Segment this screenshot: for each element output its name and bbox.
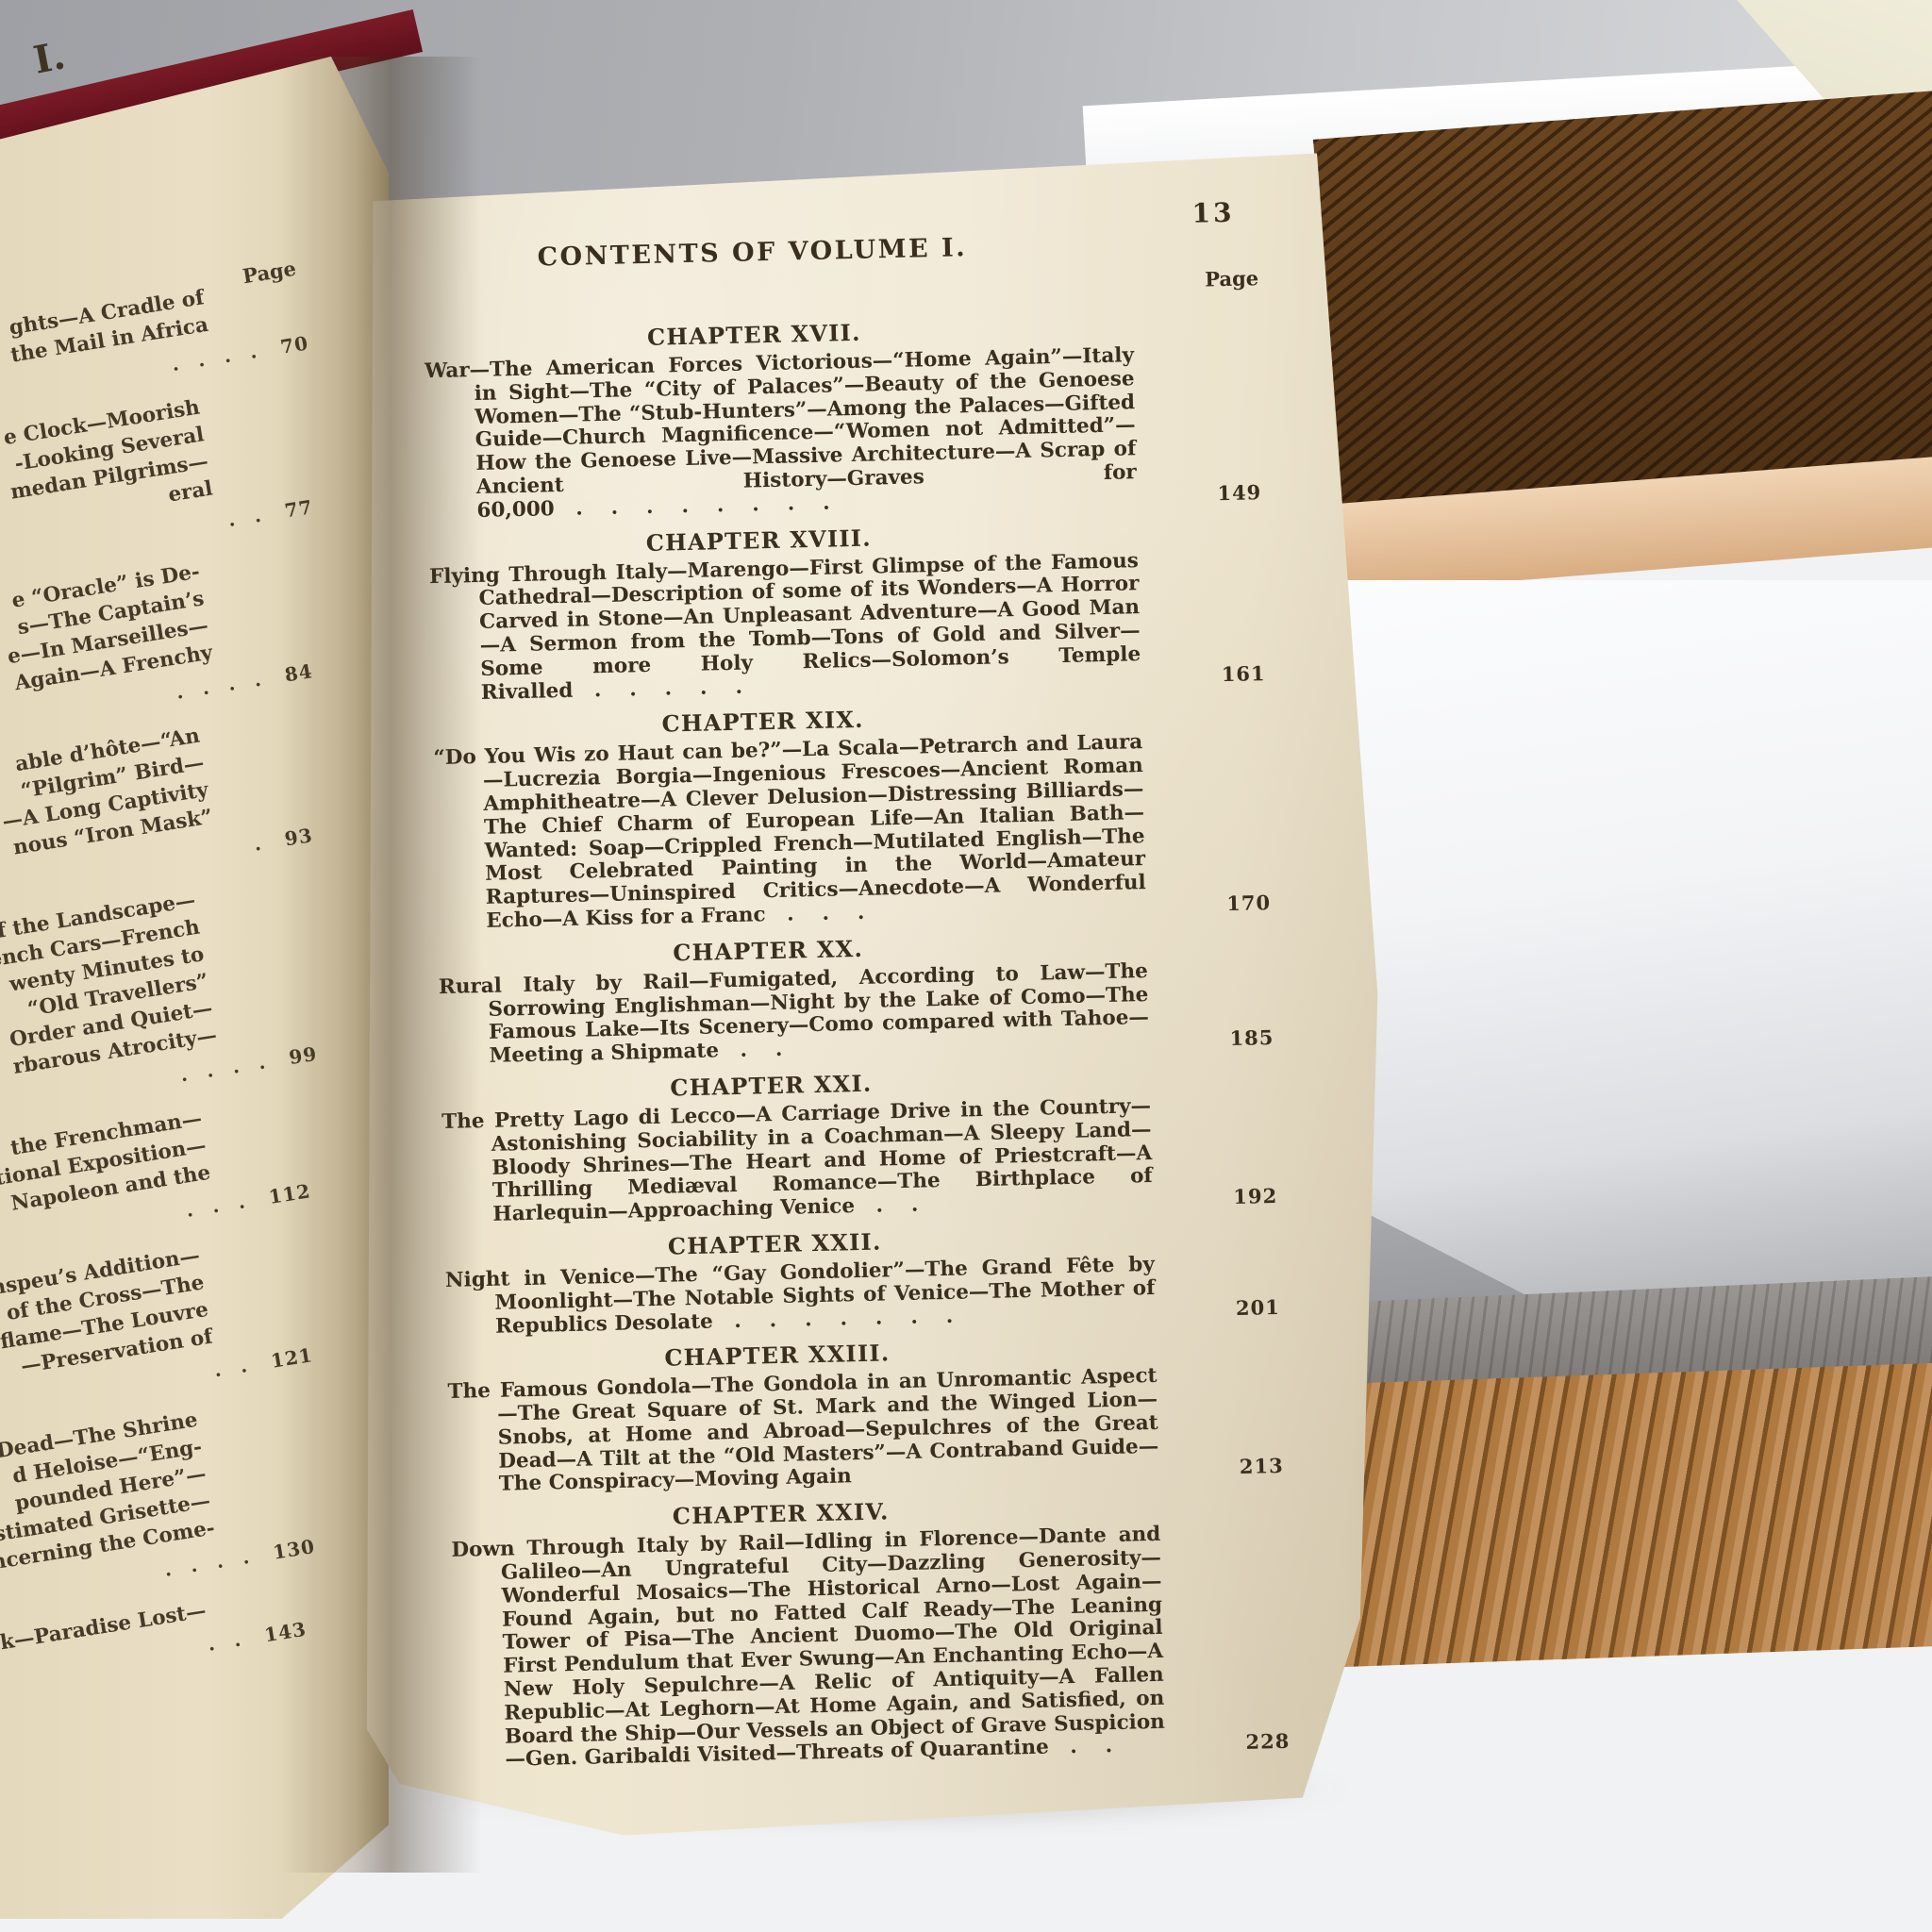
toc-chapter: CHAPTER XX.Rural Italy by Rail—Fumigated… xyxy=(438,925,1278,1070)
left-entry-page-number: 99 xyxy=(288,1042,319,1069)
dot-leader: . . . . xyxy=(175,668,262,704)
dot-leader: . . . . xyxy=(170,340,258,375)
chapter-body: Down Through Italy by Rail—Idling in Flo… xyxy=(451,1524,1165,1774)
left-page-toc: Page ghts—A Cradle ofthe Mail in Africa.… xyxy=(0,304,302,1699)
toc-chapter: CHAPTER XVIII.Flying Through Italy—Maren… xyxy=(428,515,1270,707)
dot-leader: . xyxy=(253,832,263,856)
left-entry-page-number: 143 xyxy=(263,1618,308,1647)
toc-chapter: CHAPTER XXIII.The Famous Gondola—The Gon… xyxy=(447,1330,1288,1498)
page-column-label: Page xyxy=(1205,266,1258,291)
chapter-page-number: 185 xyxy=(1229,1025,1274,1050)
left-entry-page-number: 77 xyxy=(283,495,314,522)
chapter-page-number: 161 xyxy=(1221,661,1265,686)
chapter-list: CHAPTER XVII.War—The American Forces Vic… xyxy=(424,309,1294,1774)
chapter-page-number: 228 xyxy=(1245,1729,1290,1754)
dot-leader: . . xyxy=(226,504,262,531)
folio-number: 13 xyxy=(1191,197,1235,229)
left-toc-entry: the Frenchman—tional Exposition—Napoleon… xyxy=(0,1091,306,1241)
left-toc-entry: k—Paradise Lost—. .143 xyxy=(0,1582,301,1678)
chapter-page-number: 213 xyxy=(1240,1454,1284,1478)
left-entry-line-fragment: k—Paradise Lost— xyxy=(0,1597,208,1679)
left-entry-page-number: 121 xyxy=(269,1343,314,1373)
left-toc-entry: able d’hôte—“An“Pilgrim” Bird——A Long Ca… xyxy=(0,708,308,885)
chapter-page-number: 192 xyxy=(1233,1184,1277,1208)
toc-chapter: CHAPTER XXIV.Down Through Italy by Rail—… xyxy=(450,1489,1293,1774)
tan-ribbed-wood xyxy=(1311,1362,1932,1668)
contents-page: CONTENTS OF VOLUME I. 13 Page CHAPTER XV… xyxy=(421,191,1294,1780)
chapter-page-number: 170 xyxy=(1226,891,1271,915)
dot-leader: . . xyxy=(212,1354,248,1381)
left-toc-entry: e Clock—Moorish-Looking Severalmedan Pil… xyxy=(0,379,308,557)
left-entry-page-number: 112 xyxy=(267,1179,312,1208)
dot-leader: . . . xyxy=(185,1190,247,1222)
chapter-body: War—The American Forces Victorious—“Home… xyxy=(425,344,1138,525)
left-entry-tail: . .143 xyxy=(206,1616,308,1658)
left-entry-tail: . .77 xyxy=(226,493,315,534)
left-entry-page-number: 93 xyxy=(283,824,314,850)
left-toc-entry: f the Landscape—ench Cars—Frenchwenty Mi… xyxy=(0,872,312,1103)
chapter-body: Rural Italy by Rail—Fumigated, According… xyxy=(439,960,1150,1070)
dark-wood-beam xyxy=(1313,90,1932,524)
dot-leader: . . . . xyxy=(179,1050,267,1086)
left-entry-page-number: 84 xyxy=(283,659,314,686)
chapter-body: The Famous Gondola—The Gondola in an Unr… xyxy=(447,1365,1159,1498)
left-entry-page-number: 70 xyxy=(279,331,310,358)
chapter-body: Night in Venice—The “Gay Gondolier”—The … xyxy=(445,1254,1156,1340)
left-toc-entry: Dead—The Shrined Heloise—“Eng-pounded He… xyxy=(0,1391,309,1596)
left-entry-page-number: 130 xyxy=(272,1535,317,1564)
left-toc-entry: e “Oracle” is De-s—The Captain’se—In Mar… xyxy=(0,543,308,721)
left-toc-entry: nspeu’s Addition—of the Cross—Theflame—T… xyxy=(0,1227,308,1405)
left-entry-tail: . .121 xyxy=(212,1341,315,1384)
dot-leader: . . . . xyxy=(163,1545,251,1581)
contents-header: CONTENTS OF VOLUME I. 13 Page xyxy=(421,191,1260,319)
chapter-body: The Pretty Lago di Lecco—A Carriage Driv… xyxy=(441,1095,1154,1228)
toc-chapter: CHAPTER XIX.“Do You Wis zo Haut can be?”… xyxy=(432,696,1274,934)
toc-chapter: CHAPTER XVII.War—The American Forces Vic… xyxy=(424,309,1265,525)
chapter-body: “Do You Wis zo Haut can be?”—La Scala—Pe… xyxy=(433,731,1146,934)
dot-leader: . . xyxy=(206,1628,241,1656)
chapter-page-number: 201 xyxy=(1236,1295,1280,1320)
toc-chapter: CHAPTER XXII.Night in Venice—The “Gay Go… xyxy=(444,1219,1284,1341)
chapter-page-number: 149 xyxy=(1217,480,1261,505)
chapter-body: Flying Through Italy—Marengo—First Glimp… xyxy=(429,550,1141,707)
page-title: CONTENTS OF VOLUME I. xyxy=(421,194,1082,275)
toc-chapter: CHAPTER XXI.The Pretty Lago di Lecco—A C… xyxy=(441,1060,1281,1228)
left-entry-list: ghts—A Cradle ofthe Mail in Africa. . . … xyxy=(0,304,302,1644)
